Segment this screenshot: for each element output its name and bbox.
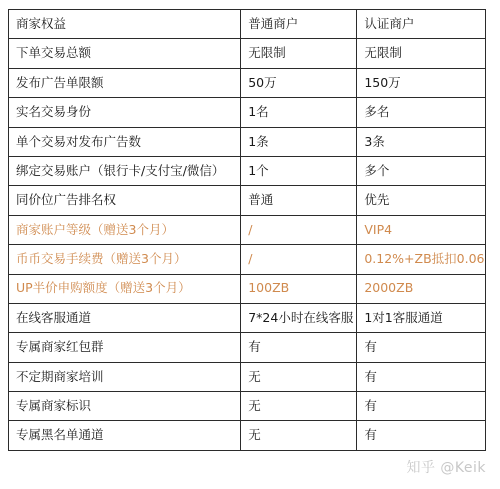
table-row: 单个交易对发布广告数1条3条 — [9, 127, 486, 156]
watermark: 知乎 @Keik — [406, 457, 486, 477]
certified-merchant-cell: 无限制 — [357, 39, 486, 68]
certified-merchant-cell: 150万 — [357, 68, 486, 97]
certified-merchant-cell: 多名 — [357, 98, 486, 127]
benefit-cell: 下单交易总额 — [9, 39, 241, 68]
benefit-cell: 专属商家标识 — [9, 392, 241, 421]
regular-merchant-cell: 100ZB — [241, 274, 357, 303]
table-row: 不定期商家培训无有 — [9, 362, 486, 391]
table-row: 币币交易手续费（赠送3个月）/0.12%+ZB抵扣0.06% — [9, 245, 486, 274]
benefit-cell: 实名交易身份 — [9, 98, 241, 127]
benefit-cell: 专属商家红包群 — [9, 333, 241, 362]
certified-merchant-cell: 有 — [357, 333, 486, 362]
certified-merchant-cell: 3条 — [357, 127, 486, 156]
regular-merchant-cell: 1名 — [241, 98, 357, 127]
benefit-cell: 专属黑名单通道 — [9, 421, 241, 450]
merchant-benefits-table: 商家权益 普通商户 认证商户 下单交易总额无限制无限制发布广告单限额50万150… — [8, 9, 486, 451]
benefit-cell: 发布广告单限额 — [9, 68, 241, 97]
table-row: 专属商家标识无有 — [9, 392, 486, 421]
table-row: 专属黑名单通道无有 — [9, 421, 486, 450]
regular-merchant-cell: 7*24小时在线客服 — [241, 303, 357, 332]
benefit-cell: 不定期商家培训 — [9, 362, 241, 391]
benefit-cell: 绑定交易账户（银行卡/支付宝/微信） — [9, 156, 241, 185]
header-certified-merchant: 认证商户 — [357, 10, 486, 39]
benefit-cell: 在线客服通道 — [9, 303, 241, 332]
certified-merchant-cell: 优先 — [357, 186, 486, 215]
certified-merchant-cell: 0.12%+ZB抵扣0.06% — [357, 245, 486, 274]
regular-merchant-cell: 无限制 — [241, 39, 357, 68]
certified-merchant-cell: 有 — [357, 421, 486, 450]
table-row: 实名交易身份1名多名 — [9, 98, 486, 127]
header-benefit: 商家权益 — [9, 10, 241, 39]
certified-merchant-cell: 2000ZB — [357, 274, 486, 303]
header-row: 商家权益 普通商户 认证商户 — [9, 10, 486, 39]
benefit-cell: 同价位广告排名权 — [9, 186, 241, 215]
table-row: UP半价申购额度（赠送3个月）100ZB2000ZB — [9, 274, 486, 303]
certified-merchant-cell: 有 — [357, 392, 486, 421]
benefit-cell: 商家账户等级（赠送3个月） — [9, 215, 241, 244]
regular-merchant-cell: 无 — [241, 421, 357, 450]
regular-merchant-cell: 50万 — [241, 68, 357, 97]
regular-merchant-cell: 1个 — [241, 156, 357, 185]
table-row: 商家账户等级（赠送3个月）/VIP4 — [9, 215, 486, 244]
header-regular-merchant: 普通商户 — [241, 10, 357, 39]
table-row: 发布广告单限额50万150万 — [9, 68, 486, 97]
regular-merchant-cell: 普通 — [241, 186, 357, 215]
table-row: 在线客服通道7*24小时在线客服1对1客服通道 — [9, 303, 486, 332]
regular-merchant-cell: / — [241, 245, 357, 274]
regular-merchant-cell: 无 — [241, 392, 357, 421]
benefit-cell: 单个交易对发布广告数 — [9, 127, 241, 156]
certified-merchant-cell: 1对1客服通道 — [357, 303, 486, 332]
table-row: 下单交易总额无限制无限制 — [9, 39, 486, 68]
table-row: 绑定交易账户（银行卡/支付宝/微信）1个多个 — [9, 156, 486, 185]
certified-merchant-cell: VIP4 — [357, 215, 486, 244]
certified-merchant-cell: 多个 — [357, 156, 486, 185]
table-row: 同价位广告排名权普通优先 — [9, 186, 486, 215]
benefit-cell: 币币交易手续费（赠送3个月） — [9, 245, 241, 274]
benefit-cell: UP半价申购额度（赠送3个月） — [9, 274, 241, 303]
regular-merchant-cell: 无 — [241, 362, 357, 391]
regular-merchant-cell: 1条 — [241, 127, 357, 156]
regular-merchant-cell: 有 — [241, 333, 357, 362]
regular-merchant-cell: / — [241, 215, 357, 244]
table-row: 专属商家红包群有有 — [9, 333, 486, 362]
certified-merchant-cell: 有 — [357, 362, 486, 391]
